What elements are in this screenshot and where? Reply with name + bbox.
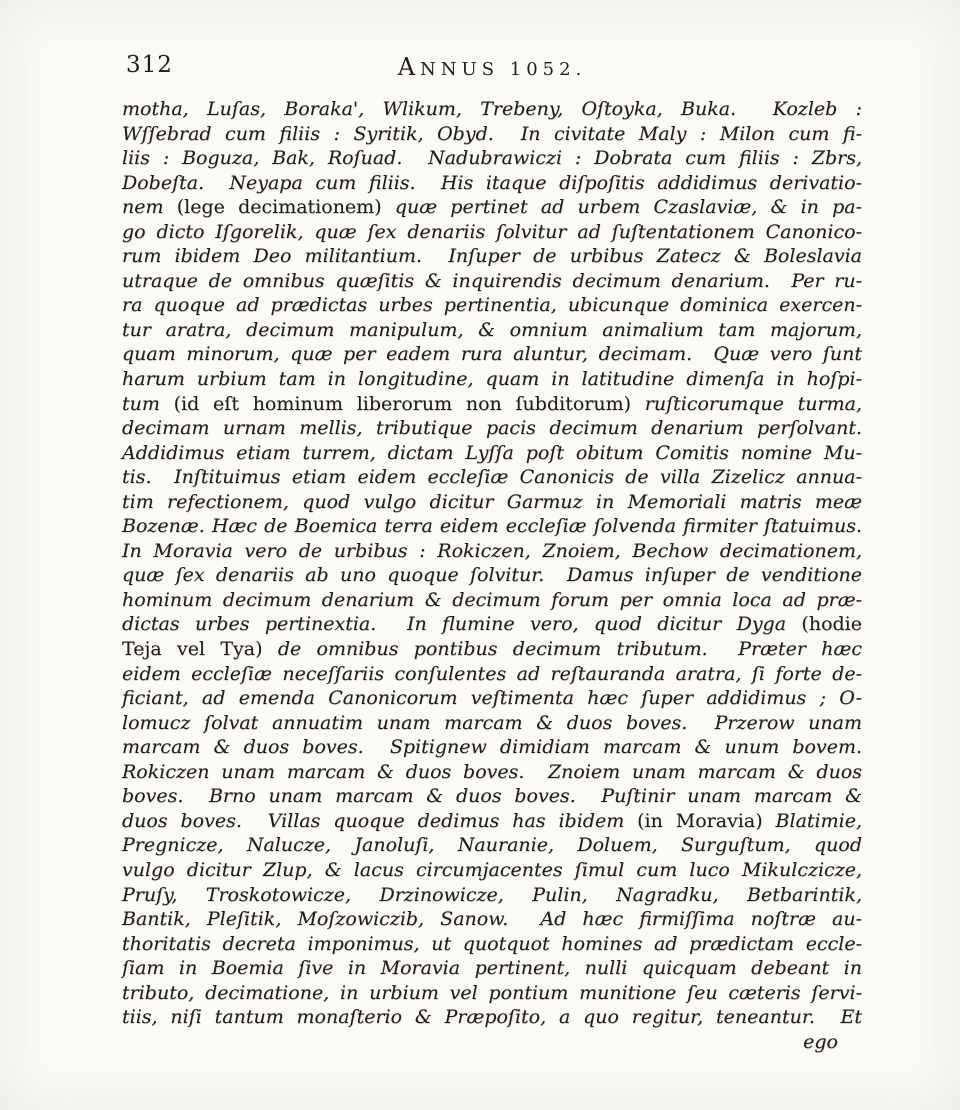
text-line: lomucz ſolvat annuatim unam marcam & duo… (122, 711, 862, 736)
text-segment: tributo, decimatione, in urbium vel pont… (122, 982, 862, 1004)
text-segment: rum ibidem Deo militantium. Inſuper de u… (122, 245, 862, 267)
text-line: harum urbium tam in longitudine, quam in… (122, 367, 862, 392)
text-segment: harum urbium tam in longitudine, quam in… (122, 368, 862, 390)
text-line: tum (id eſt hominum liberorum non ſubdit… (122, 392, 862, 417)
text-line: tributo, decimatione, in urbium vel pont… (122, 981, 862, 1006)
catchword: ego (122, 1030, 862, 1055)
text-segment: Pruſy, Troskotowicze, Drzinowicze, Pulin… (122, 884, 862, 906)
text-line: decimam urnam mellis, tributique pacis d… (122, 416, 862, 441)
text-line: vulgo dicitur Zlup, & lacus circumjacent… (122, 858, 862, 883)
text-segment: boves. Brno unam marcam & duos boves. Pu… (122, 785, 862, 807)
text-line: hominum decimum denarium & decimum forum… (122, 588, 862, 613)
text-line: utraque de omnibus quæſitis & inquirendi… (122, 269, 862, 294)
text-line: Rokiczen unam marcam & duos boves. Znoie… (122, 760, 862, 785)
text-segment: vulgo dicitur Zlup, & lacus circumjacent… (122, 859, 862, 881)
text-segment: go dicto Iſgorelik, quæ ſex denariis ſol… (122, 221, 862, 243)
text-segment: (id eſt hominum liberorum non ſubditorum… (174, 393, 645, 415)
text-segment: (lege decimationem) (177, 196, 395, 218)
text-line: tim refectionem, quod vulgo dicitur Garm… (122, 490, 862, 515)
text-segment: quæ ſex denariis ab uno quoque ſolvitur.… (122, 564, 862, 586)
text-line: eidem eccleſiæ neceſſariis conſulentes a… (122, 662, 862, 687)
text-line: boves. Brno unam marcam & duos boves. Pu… (122, 784, 862, 809)
text-line: liis : Boguza, Bak, Roſuad. Nadubrawiczi… (122, 146, 862, 171)
text-segment: motha, Luſas, Boraka', Wlikum, Trebeny, … (122, 98, 862, 120)
text-block: motha, Luſas, Boraka', Wlikum, Trebeny, … (122, 97, 862, 1054)
scanned-book-page: 312 ANNUS 1052. motha, Luſas, Boraka', W… (0, 0, 960, 1110)
text-segment: quam minorum, quæ per eadem rura aluntur… (122, 343, 862, 365)
text-line: go dicto Iſgorelik, quæ ſex denariis ſol… (122, 220, 862, 245)
text-segment: quæ pertinet ad urbem Czaslaviæ, & in pa… (395, 196, 862, 218)
text-segment: utraque de omnibus quæſitis & inquirendi… (122, 270, 862, 292)
text-segment: tim refectionem, quod vulgo dicitur Garm… (122, 491, 862, 513)
text-segment: nem (122, 196, 177, 218)
text-line: nem (lege decimationem) quæ pertinet ad … (122, 195, 862, 220)
text-segment: Dobeſta. Neyapa cum filiis. His itaque d… (122, 172, 862, 194)
text-line: ficiant, ad emenda Canonicorum veſtiment… (122, 686, 862, 711)
text-line: duos boves. Villas quoque dedimus has ib… (122, 809, 862, 834)
text-segment: thoritatis decreta imponimus, ut quotquo… (122, 933, 862, 955)
text-segment: Wſſebrad cum filiis : Syritik, Obyd. In … (122, 123, 862, 145)
text-segment: (in Moravia) (637, 810, 775, 832)
text-line: dictas urbes pertinextia. In flumine ver… (122, 612, 862, 637)
text-line: quam minorum, quæ per eadem rura aluntur… (122, 342, 862, 367)
text-line: Wſſebrad cum filiis : Syritik, Obyd. In … (122, 122, 862, 147)
text-segment: Bantik, Pleſitik, Moſzowiczib, Sanow. Ad… (122, 908, 862, 930)
text-segment: Rokiczen unam marcam & duos boves. Znoie… (122, 761, 862, 783)
text-segment: liis : Boguza, Bak, Roſuad. Nadubrawiczi… (122, 147, 862, 169)
text-segment: decimam urnam mellis, tributique pacis d… (122, 417, 862, 439)
text-line: tiis, niſi tantum monaſterio & Præpoſito… (122, 1005, 862, 1030)
text-line: Teja vel Tya) de omnibus pontibus decimu… (122, 637, 862, 662)
text-line: ra quoque ad prædictas urbes pertinentia… (122, 293, 862, 318)
text-segment: tur aratra, decimum manipulum, & omnium … (122, 319, 862, 341)
text-segment: tum (122, 393, 174, 415)
text-segment: Addidimus etiam turrem, dictam Lyſſa poſ… (122, 442, 862, 464)
text-line: Bantik, Pleſitik, Moſzowiczib, Sanow. Ad… (122, 907, 862, 932)
text-segment: tiis, niſi tantum monaſterio & Præpoſito… (122, 1006, 862, 1028)
text-line: tis. Inſtituimus etiam eidem eccleſiæ Ca… (122, 465, 862, 490)
text-segment: ra quoque ad prædictas urbes pertinentia… (122, 294, 862, 316)
text-line: rum ibidem Deo militantium. Inſuper de u… (122, 244, 862, 269)
text-line: Bozenæ. Hæc de Boemica terra eidem eccle… (122, 514, 862, 539)
text-segment: In Moravia vero de urbibus : Rokiczen, Z… (122, 540, 862, 562)
text-line: Pruſy, Troskotowicze, Drzinowicze, Pulin… (122, 883, 862, 908)
text-line: marcam & duos boves. Spitignew dimidiam … (122, 735, 862, 760)
text-line: quæ ſex denariis ab uno quoque ſolvitur.… (122, 563, 862, 588)
text-segment: Pregnicze, Nalucze, Janoluſi, Nauranie, … (122, 834, 862, 856)
text-segment: Blatimie, (776, 810, 862, 832)
text-line: Pregnicze, Nalucze, Janoluſi, Nauranie, … (122, 833, 862, 858)
running-title: ANNUS 1052. (122, 53, 862, 81)
text-segment: lomucz ſolvat annuatim unam marcam & duo… (122, 712, 862, 734)
page-header: 312 ANNUS 1052. (122, 52, 862, 82)
text-segment: Teja vel Tya) (122, 638, 278, 660)
text-segment: (hodie (801, 613, 862, 635)
text-line: motha, Luſas, Boraka', Wlikum, Trebeny, … (122, 97, 862, 122)
text-line: ſiam in Boemia ſive in Moravia pertinent… (122, 956, 862, 981)
text-segment: eidem eccleſiæ neceſſariis conſulentes a… (122, 663, 862, 685)
text-segment: ruſticorumque turma, (645, 393, 862, 415)
text-segment: duos boves. Villas quoque dedimus has ib… (122, 810, 637, 832)
text-segment: ſiam in Boemia ſive in Moravia pertinent… (122, 957, 862, 979)
text-line: Dobeſta. Neyapa cum filiis. His itaque d… (122, 171, 862, 196)
text-line: thoritatis decreta imponimus, ut quotquo… (122, 932, 862, 957)
text-segment: dictas urbes pertinextia. In flumine ver… (122, 613, 801, 635)
text-segment: tis. Inſtituimus etiam eidem eccleſiæ Ca… (122, 466, 862, 488)
text-segment: ficiant, ad emenda Canonicorum veſtiment… (122, 687, 862, 709)
text-segment: marcam & duos boves. Spitignew dimidiam … (122, 736, 862, 758)
text-segment: hominum decimum denarium & decimum forum… (122, 589, 862, 611)
text-segment: de omnibus pontibus decimum tributum. Pr… (278, 638, 862, 660)
text-line: tur aratra, decimum manipulum, & omnium … (122, 318, 862, 343)
text-segment: Bozenæ. Hæc de Boemica terra eidem eccle… (122, 515, 862, 537)
text-line: Addidimus etiam turrem, dictam Lyſſa poſ… (122, 441, 862, 466)
text-line: In Moravia vero de urbibus : Rokiczen, Z… (122, 539, 862, 564)
